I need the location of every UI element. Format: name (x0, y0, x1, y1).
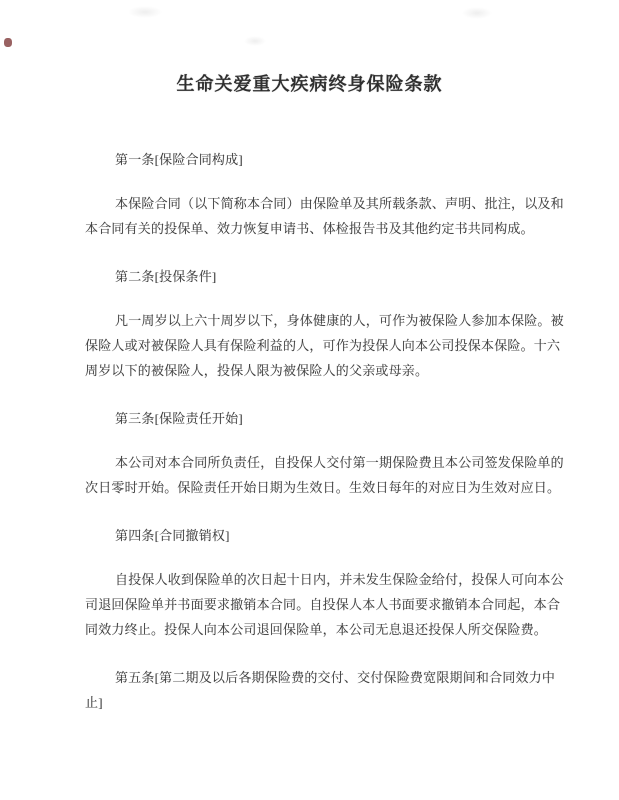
document-page: 生命关爱重大疾病终身保险条款 第一条[保险合同构成] 本保险合同（以下简称本合同… (0, 0, 619, 800)
body-line: 保险人或对被保险人具有保险利益的人，可作为投保人向本公司投保本保险。十六 (85, 333, 534, 358)
body-line: 司退回保险单并书面要求撤销本合同。自投保人本人书面要求撤销本合同起，本合 (85, 592, 534, 617)
body-line: 本合同有关的投保单、效力恢复申请书、体检报告书及其他约定书共同构成。 (85, 216, 534, 241)
clause-heading: 第一条[保险合同构成] (85, 147, 534, 172)
body-line: 凡一周岁以上六十周岁以下，身体健康的人，可作为被保险人参加本保险。被 (85, 308, 534, 333)
clause-body: 本保险合同（以下简称本合同）由保险单及其所载条款、声明、批注，以及和 本合同有关… (85, 191, 534, 241)
scan-smudge (462, 7, 492, 19)
section-clause-4: 第四条[合同撤销权] 自投保人收到保险单的次日起十日内，并未发生保险金给付，投保… (85, 523, 534, 642)
clause-body: 本公司对本合同所负责任，自投保人交付第一期保险费且本公司签发保险单的 次日零时开… (85, 450, 534, 500)
clause-heading-continuation: 止] (85, 690, 534, 715)
section-clause-3: 第三条[保险责任开始] 本公司对本合同所负责任，自投保人交付第一期保险费且本公司… (85, 406, 534, 500)
clause-body: 凡一周岁以上六十周岁以下，身体健康的人，可作为被保险人参加本保险。被 保险人或对… (85, 308, 534, 383)
body-line: 本公司对本合同所负责任，自投保人交付第一期保险费且本公司签发保险单的 (85, 450, 534, 475)
body-line: 次日零时开始。保险责任开始日期为生效日。生效日每年的对应日为生效对应日。 (85, 475, 534, 500)
clause-heading: 第三条[保险责任开始] (85, 406, 534, 431)
scan-smudge (244, 36, 266, 46)
body-line: 同效力终止。投保人向本公司退回保险单，本公司无息退还投保人所交保险费。 (85, 617, 534, 642)
scan-smudge (128, 6, 162, 18)
clause-heading: 第四条[合同撤销权] (85, 523, 534, 548)
section-clause-1: 第一条[保险合同构成] 本保险合同（以下简称本合同）由保险单及其所载条款、声明、… (85, 147, 534, 241)
clause-heading: 第二条[投保条件] (85, 264, 534, 289)
section-clause-2: 第二条[投保条件] 凡一周岁以上六十周岁以下，身体健康的人，可作为被保险人参加本… (85, 264, 534, 383)
clause-body: 自投保人收到保险单的次日起十日内，并未发生保险金给付，投保人可向本公 司退回保险… (85, 567, 534, 642)
body-line: 周岁以下的被保险人，投保人限为被保险人的父亲或母亲。 (85, 358, 534, 383)
body-line: 自投保人收到保险单的次日起十日内，并未发生保险金给付，投保人可向本公 (85, 567, 534, 592)
body-line: 本保险合同（以下简称本合同）由保险单及其所载条款、声明、批注，以及和 (85, 191, 534, 216)
section-clause-5: 第五条[第二期及以后各期保险费的交付、交付保险费宽限期间和合同效力中 止] (85, 665, 534, 715)
clause-heading: 第五条[第二期及以后各期保险费的交付、交付保险费宽限期间和合同效力中 (85, 665, 534, 690)
scan-artifact-dot (4, 38, 12, 47)
document-title: 生命关爱重大疾病终身保险条款 (85, 71, 534, 97)
